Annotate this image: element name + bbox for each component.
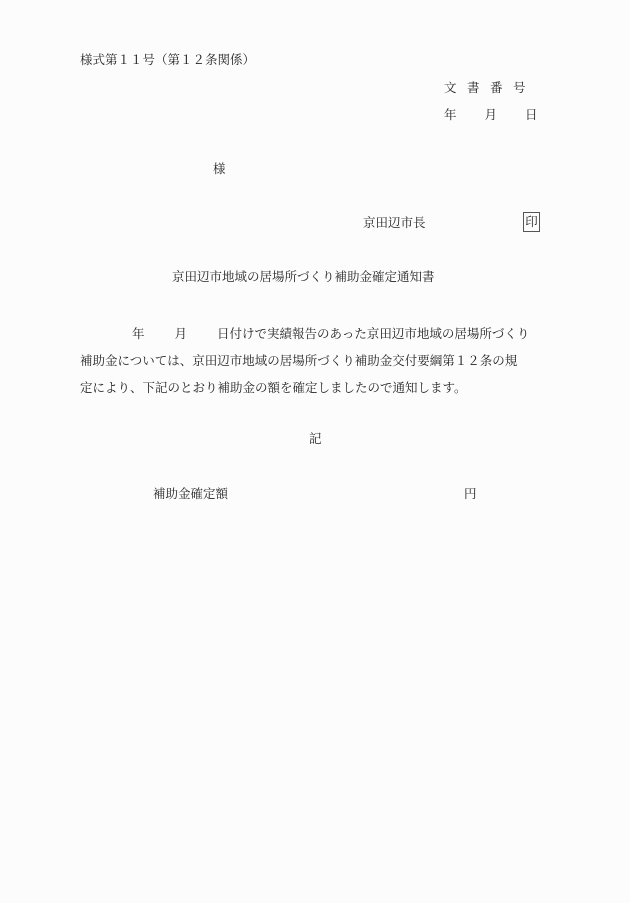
date-day: 日 — [525, 107, 538, 123]
amount-label: 補助金確定額 — [153, 486, 228, 502]
amount-unit: 円 — [464, 486, 477, 502]
body-year: 年 — [132, 326, 145, 341]
body-paragraph: 年月日付けで実績報告のあった京田辺市地域の居場所づくり 補助金については、京田辺… — [80, 320, 558, 401]
document-title: 京田辺市地域の居場所づくり補助金確定通知書 — [172, 269, 435, 285]
body-line-1-rest: 日付けで実績報告のあった京田辺市地域の居場所づくり — [217, 326, 529, 341]
body-line-2: 補助金については、京田辺市地域の居場所づくり補助金交付要綱第１２条の規 — [80, 347, 558, 374]
body-line-1: 年月日付けで実績報告のあった京田辺市地域の居場所づくり — [80, 320, 558, 347]
issue-date: 年月日 — [444, 107, 538, 123]
form-number: 様式第１１号（第１２条関係） — [80, 52, 255, 68]
issuer-name: 京田辺市長 — [363, 215, 426, 231]
date-year: 年 — [444, 107, 457, 123]
body-line-3: 定により、下記のとおり補助金の額を確定しましたので通知します。 — [80, 374, 558, 401]
seal-icon: 印 — [523, 212, 540, 232]
body-month: 月 — [175, 326, 188, 341]
document-number-label: 文書番号 — [444, 80, 536, 96]
addressee-suffix: 様 — [213, 161, 226, 177]
note-heading: 記 — [309, 431, 322, 447]
date-month: 月 — [485, 107, 498, 123]
